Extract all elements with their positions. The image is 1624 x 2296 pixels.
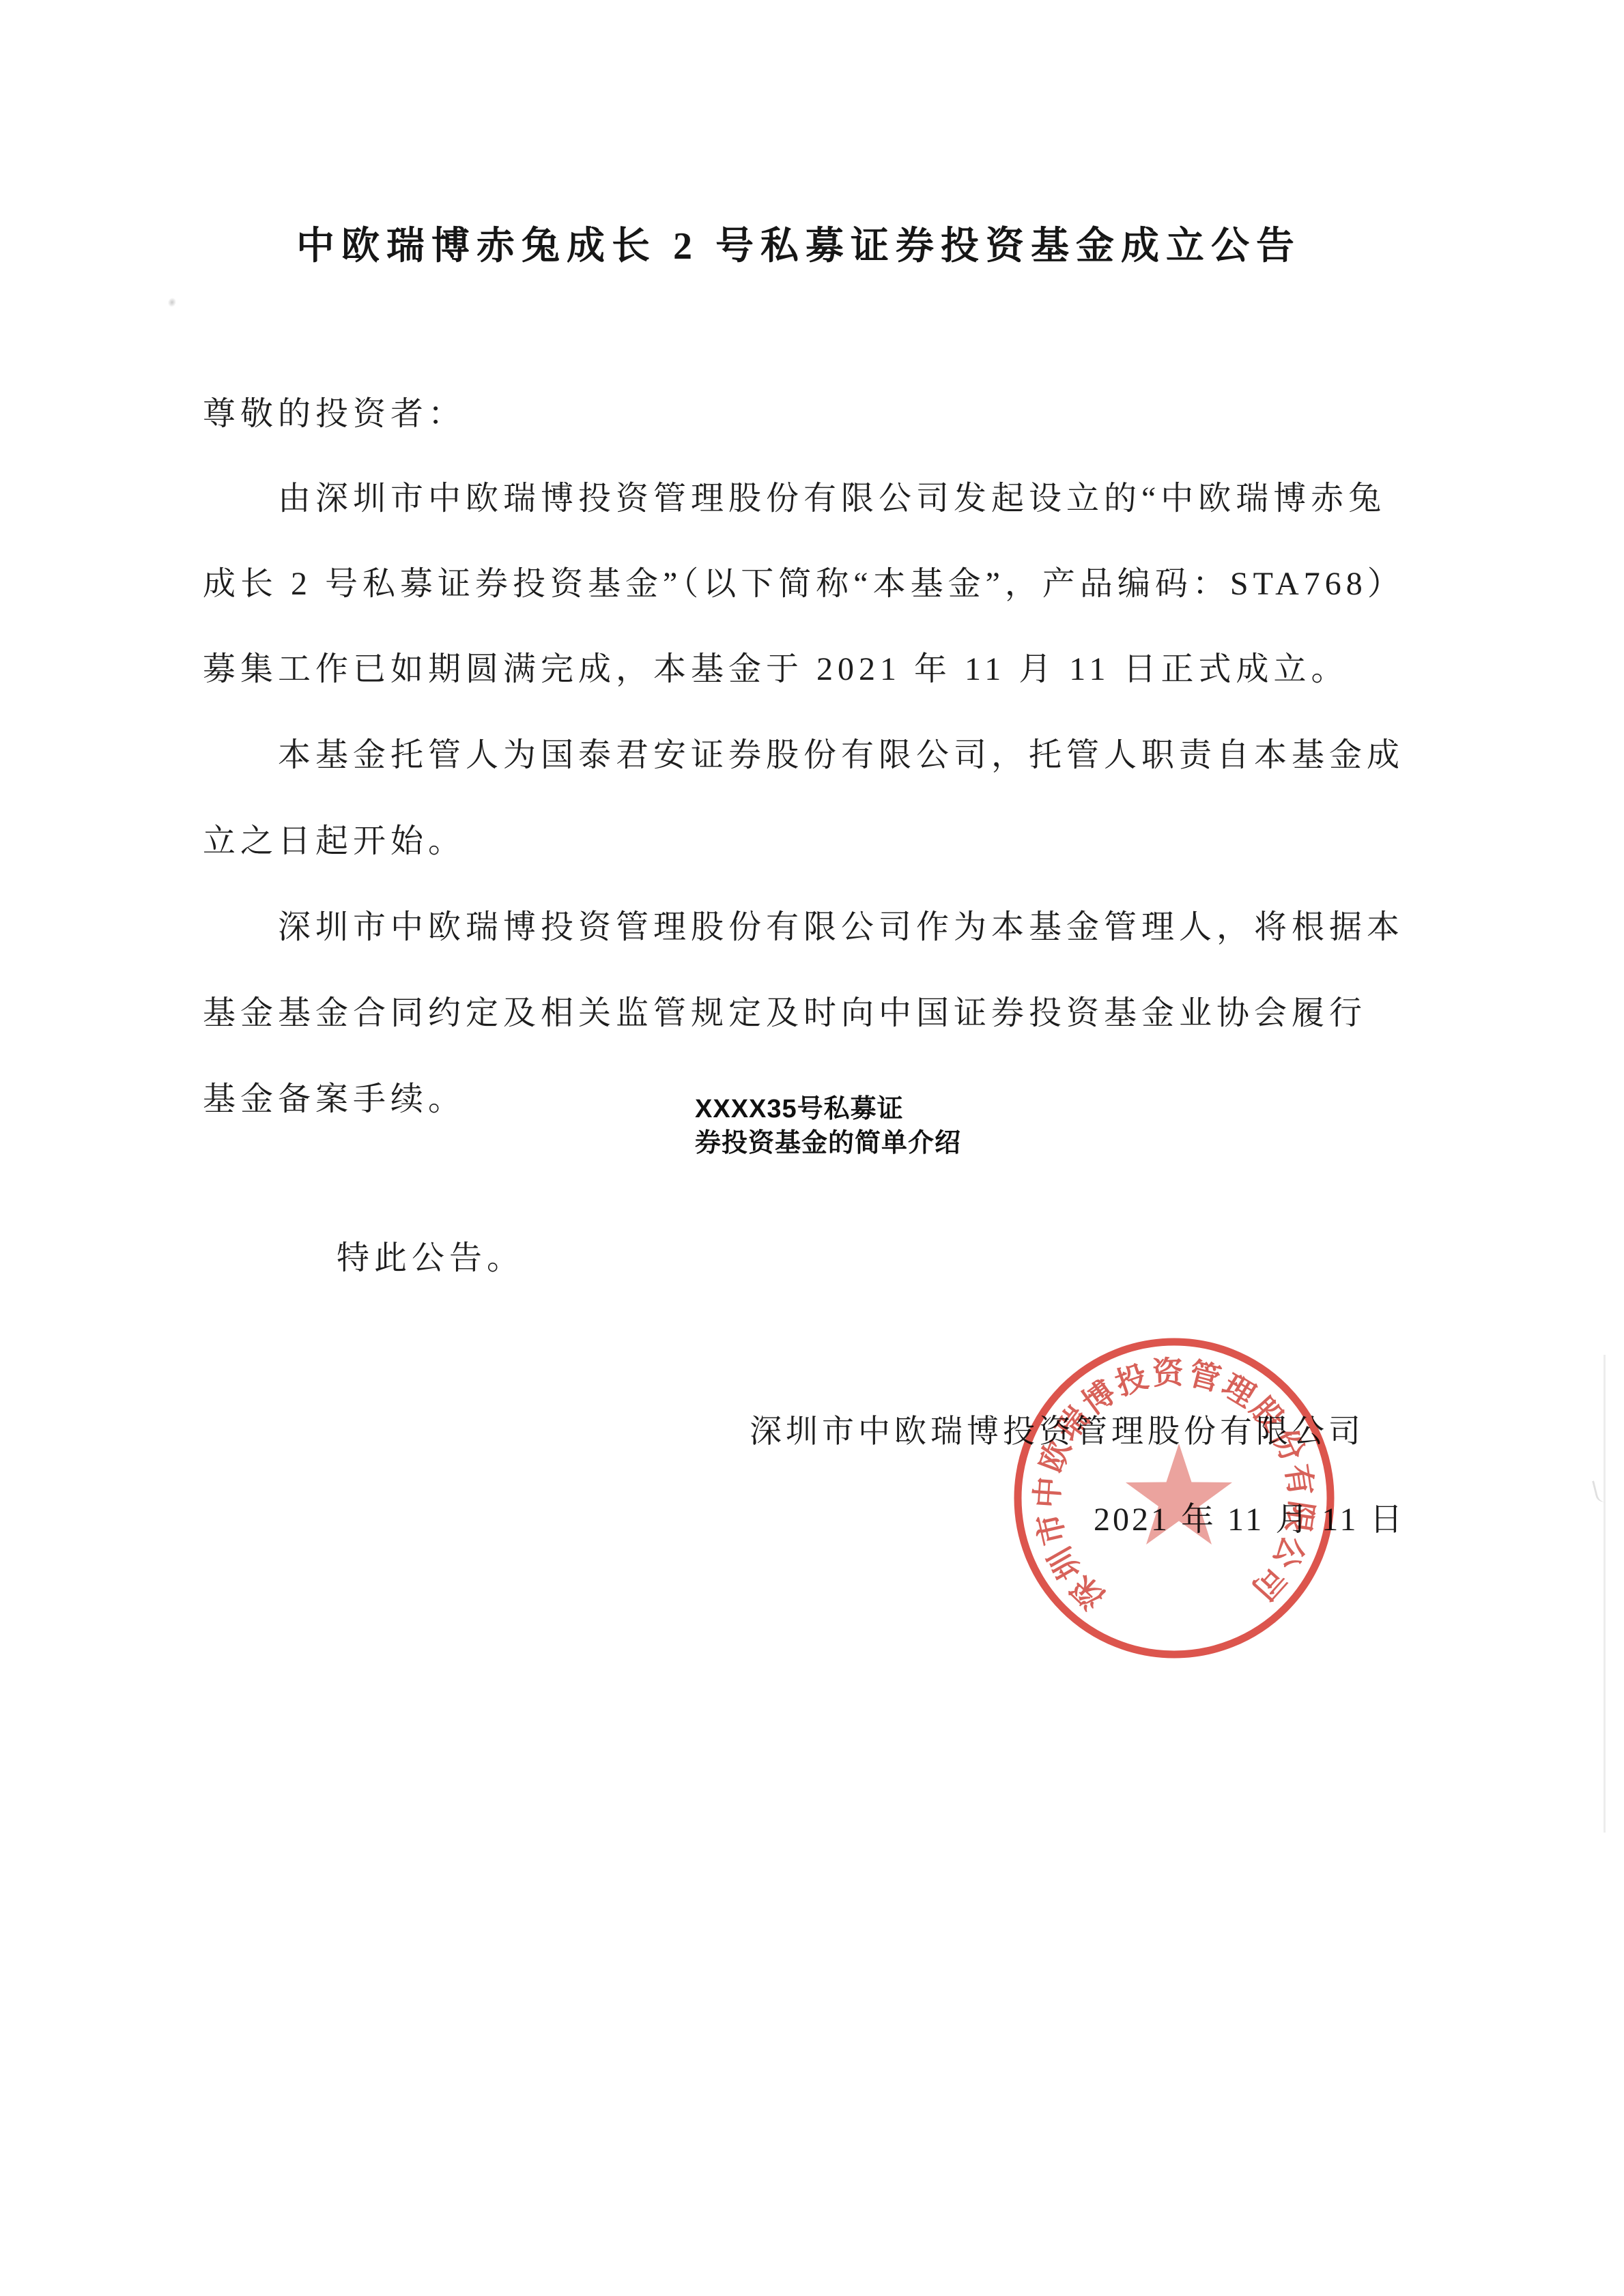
body-line: 立之日起开始。 — [203, 822, 466, 861]
body-line: 基金备案手续。 — [203, 1080, 466, 1119]
body-line: 基金基金合同约定及相关监管规定及时向中国证券投资基金业协会履行 — [203, 994, 1367, 1033]
annotation-line-2: 券投资基金的简单介绍 — [695, 1126, 961, 1160]
annotation-note: XXXX35号私募证 券投资基金的简单介绍 — [695, 1092, 961, 1160]
closing-line: 特此公告。 — [337, 1239, 524, 1278]
body-line: 成长 2 号私募证券投资基金”（以下简称“本基金”，产品编码：STA768） — [203, 564, 1405, 604]
document-title: 中欧瑞博赤兔成长 2 号私募证券投资基金成立公告 — [0, 216, 1597, 270]
document-page: 中欧瑞博赤兔成长 2 号私募证券投资基金成立公告 尊敬的投资者： 由深圳市中欧瑞… — [0, 0, 1624, 2296]
scan-artifact-speck — [167, 296, 177, 308]
annotation-line-1: XXXX35号私募证 — [695, 1092, 961, 1126]
body-line: 本基金托管人为国泰君安证券股份有限公司，托管人职责自本基金成 — [278, 736, 1404, 775]
body-line: 深圳市中欧瑞博投资管理股份有限公司作为本基金管理人，将根据本 — [278, 908, 1404, 947]
scan-artifact-streak — [1604, 1355, 1606, 1833]
salutation-line: 尊敬的投资者： — [203, 394, 466, 434]
company-stamp: 深圳市中欧瑞博投资管理股份有限公司 — [997, 1321, 1352, 1676]
body-line: 募集工作已如期圆满完成，本基金于 2021 年 11 月 11 日正式成立。 — [203, 650, 1348, 689]
body-line: 由深圳市中欧瑞博投资管理股份有限公司发起设立的“中欧瑞博赤兔 — [278, 479, 1386, 519]
stamp-star — [1126, 1444, 1232, 1545]
